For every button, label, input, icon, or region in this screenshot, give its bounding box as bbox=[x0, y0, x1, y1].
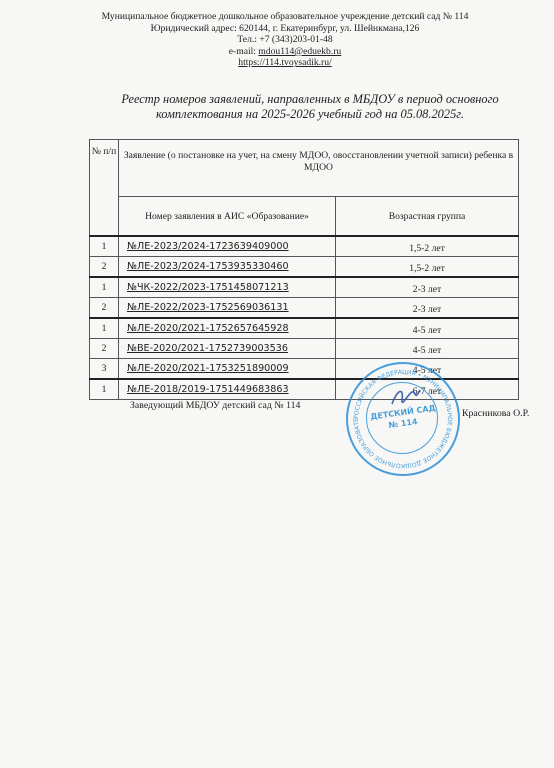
row-num: 2 bbox=[90, 339, 119, 359]
row-app-number: №ЛЕ-2022/2023-1752569036131 bbox=[119, 298, 336, 319]
header-num: № п/п bbox=[90, 140, 119, 237]
applications-table: № п/п Заявление (о постановке на учет, н… bbox=[89, 139, 519, 400]
header-main: Заявление (о постановке на учет, на смен… bbox=[119, 140, 519, 197]
app-number-link[interactable]: №ЛЕ-2023/2024-1723639409000 bbox=[127, 241, 289, 252]
title-line-2: комплектования на 2025-2026 учебный год … bbox=[100, 107, 520, 122]
row-age-group: 1,5-2 лет bbox=[336, 257, 519, 278]
row-num: 1 bbox=[90, 318, 119, 339]
phone: Тел.: +7 (343)203-01-48 bbox=[90, 34, 480, 46]
row-num: 3 bbox=[90, 359, 119, 380]
table-row: 2№ЛЕ-2022/2023-17525690361312-3 лет bbox=[90, 298, 519, 319]
row-app-number: №ЛЕ-2020/2021-1752657645928 bbox=[119, 318, 336, 339]
app-number-link[interactable]: №ЛЕ-2020/2021-1752657645928 bbox=[127, 323, 289, 334]
email-line: e-mail: mdou114@eduekb.ru bbox=[90, 46, 480, 58]
letterhead: Муниципальное бюджетное дошкольное образ… bbox=[90, 11, 480, 69]
website-link[interactable]: https://114.tvoysadik.ru/ bbox=[238, 57, 331, 68]
table-row: 1№ЧК-2022/2023-17514580712132-3 лет bbox=[90, 277, 519, 298]
row-num: 1 bbox=[90, 379, 119, 400]
document-page: Муниципальное бюджетное дошкольное образ… bbox=[0, 0, 554, 768]
website-line: https://114.tvoysadik.ru/ bbox=[90, 57, 480, 69]
row-age-group: 4-5 лет bbox=[336, 339, 519, 359]
header-age-group: Возрастная группа bbox=[336, 197, 519, 237]
row-app-number: №ЛЕ-2023/2024-1753935330460 bbox=[119, 257, 336, 278]
row-age-group: 2-3 лет bbox=[336, 277, 519, 298]
row-num: 1 bbox=[90, 236, 119, 257]
legal-address: Юридический адрес: 620144, г. Екатеринбу… bbox=[90, 23, 480, 35]
row-num: 1 bbox=[90, 277, 119, 298]
table-row: 1№ЛЕ-2023/2024-17236394090001,5-2 лет bbox=[90, 236, 519, 257]
row-app-number: №ЛЕ-2020/2021-1753251890009 bbox=[119, 359, 336, 380]
official-stamp: РОССИЙСКАЯ ФЕДЕРАЦИЯ • МУНИЦИПАЛЬНОЕ БЮД… bbox=[346, 362, 460, 476]
org-name: Муниципальное бюджетное дошкольное образ… bbox=[90, 11, 480, 23]
row-age-group: 2-3 лет bbox=[336, 298, 519, 319]
row-app-number: №ЧК-2022/2023-1751458071213 bbox=[119, 277, 336, 298]
email-link[interactable]: mdou114@eduekb.ru bbox=[258, 46, 341, 57]
signature-position: Заведующий МБДОУ детский сад № 114 bbox=[130, 400, 300, 411]
row-num: 2 bbox=[90, 298, 119, 319]
table-row: 2№ЛЕ-2023/2024-17539353304601,5-2 лет bbox=[90, 257, 519, 278]
document-title: Реестр номеров заявлений, направленных в… bbox=[100, 92, 520, 122]
app-number-link[interactable]: №ЛЕ-2023/2024-1753935330460 bbox=[127, 261, 289, 272]
row-app-number: №ЛЕ-2018/2019-1751449683863 bbox=[119, 379, 336, 400]
row-app-number: №ЛЕ-2023/2024-1723639409000 bbox=[119, 236, 336, 257]
app-number-link[interactable]: №ЧК-2022/2023-1751458071213 bbox=[127, 282, 289, 293]
row-age-group: 4-5 лет bbox=[336, 318, 519, 339]
table-row: 2№ВЕ-2020/2021-17527390035364-5 лет bbox=[90, 339, 519, 359]
row-num: 2 bbox=[90, 257, 119, 278]
app-number-link[interactable]: №ЛЕ-2022/2023-1752569036131 bbox=[127, 302, 289, 313]
app-number-link[interactable]: №ЛЕ-2018/2019-1751449683863 bbox=[127, 384, 289, 395]
app-number-link[interactable]: №ЛЕ-2020/2021-1753251890009 bbox=[127, 363, 289, 374]
title-line-1: Реестр номеров заявлений, направленных в… bbox=[100, 92, 520, 107]
table-row: 1№ЛЕ-2020/2021-17526576459284-5 лет bbox=[90, 318, 519, 339]
header-app-number: Номер заявления в АИС «Образование» bbox=[119, 197, 336, 237]
app-number-link[interactable]: №ВЕ-2020/2021-1752739003536 bbox=[127, 343, 288, 354]
row-age-group: 1,5-2 лет bbox=[336, 236, 519, 257]
row-app-number: №ВЕ-2020/2021-1752739003536 bbox=[119, 339, 336, 359]
signer-name: Красникова О.Р. bbox=[462, 408, 529, 419]
email-label: e-mail: bbox=[229, 46, 259, 57]
